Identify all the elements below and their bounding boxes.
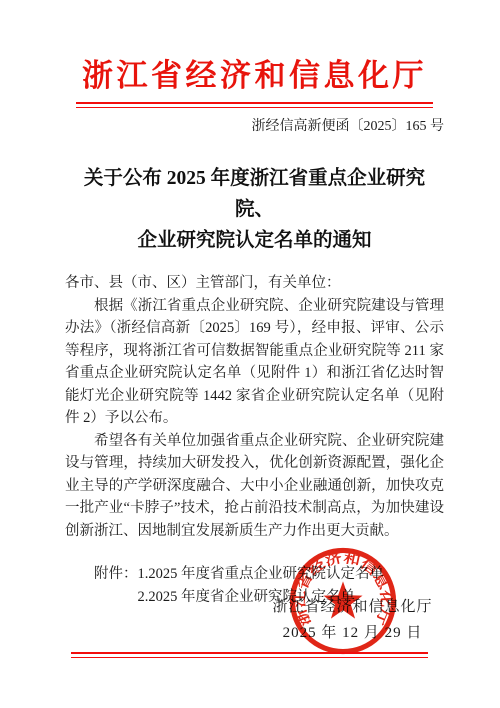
document-number: 浙经信高新便函〔2025〕165 号 [65,117,444,136]
notice-title-line2: 企业研究院认定名单的通知 [137,230,371,251]
footer-rule [71,652,428,658]
signature-block: 浙江省经济和信息化厅 2025 年 12 月 29 日 [255,594,450,646]
body-paragraph-1: 根据《浙江省重点企业研究院、企业研究院建设与管理办法》（浙经信高新〔2025〕1… [65,295,444,430]
notice-title-line1: 关于公布 2025 年度浙江省重点企业研究院、 [84,168,425,220]
letterhead-agency-name: 浙江省经济和信息化厅 [65,57,444,95]
page-content: 浙江省经济和信息化厅 浙经信高新便函〔2025〕165 号 关于公布 2025 … [65,0,444,608]
official-notice-page: 浙江省经济和信息化厅 浙经信高新便函〔2025〕165 号 关于公布 2025 … [0,0,500,708]
salutation-line: 各市、县（市、区）主管部门，有关单位： [65,272,444,295]
letterhead-rule [76,102,433,108]
notice-body: 各市、县（市、区）主管部门，有关单位： 根据《浙江省重点企业研究院、企业研究院建… [65,272,444,542]
signer-name: 浙江省经济和信息化厅 [255,594,450,620]
attachment-item-1: 1.2025 年度省重点企业研究院认定名单 [138,563,385,586]
attachments-label: 附件： [94,563,138,586]
notice-title: 关于公布 2025 年度浙江省重点企业研究院、 企业研究院认定名单的通知 [65,163,444,256]
body-paragraph-2: 希望各有关单位加强省重点企业研究院、企业研究院建设与管理，持续加大研发投入，优化… [65,430,444,543]
signature-date: 2025 年 12 月 29 日 [255,620,450,646]
